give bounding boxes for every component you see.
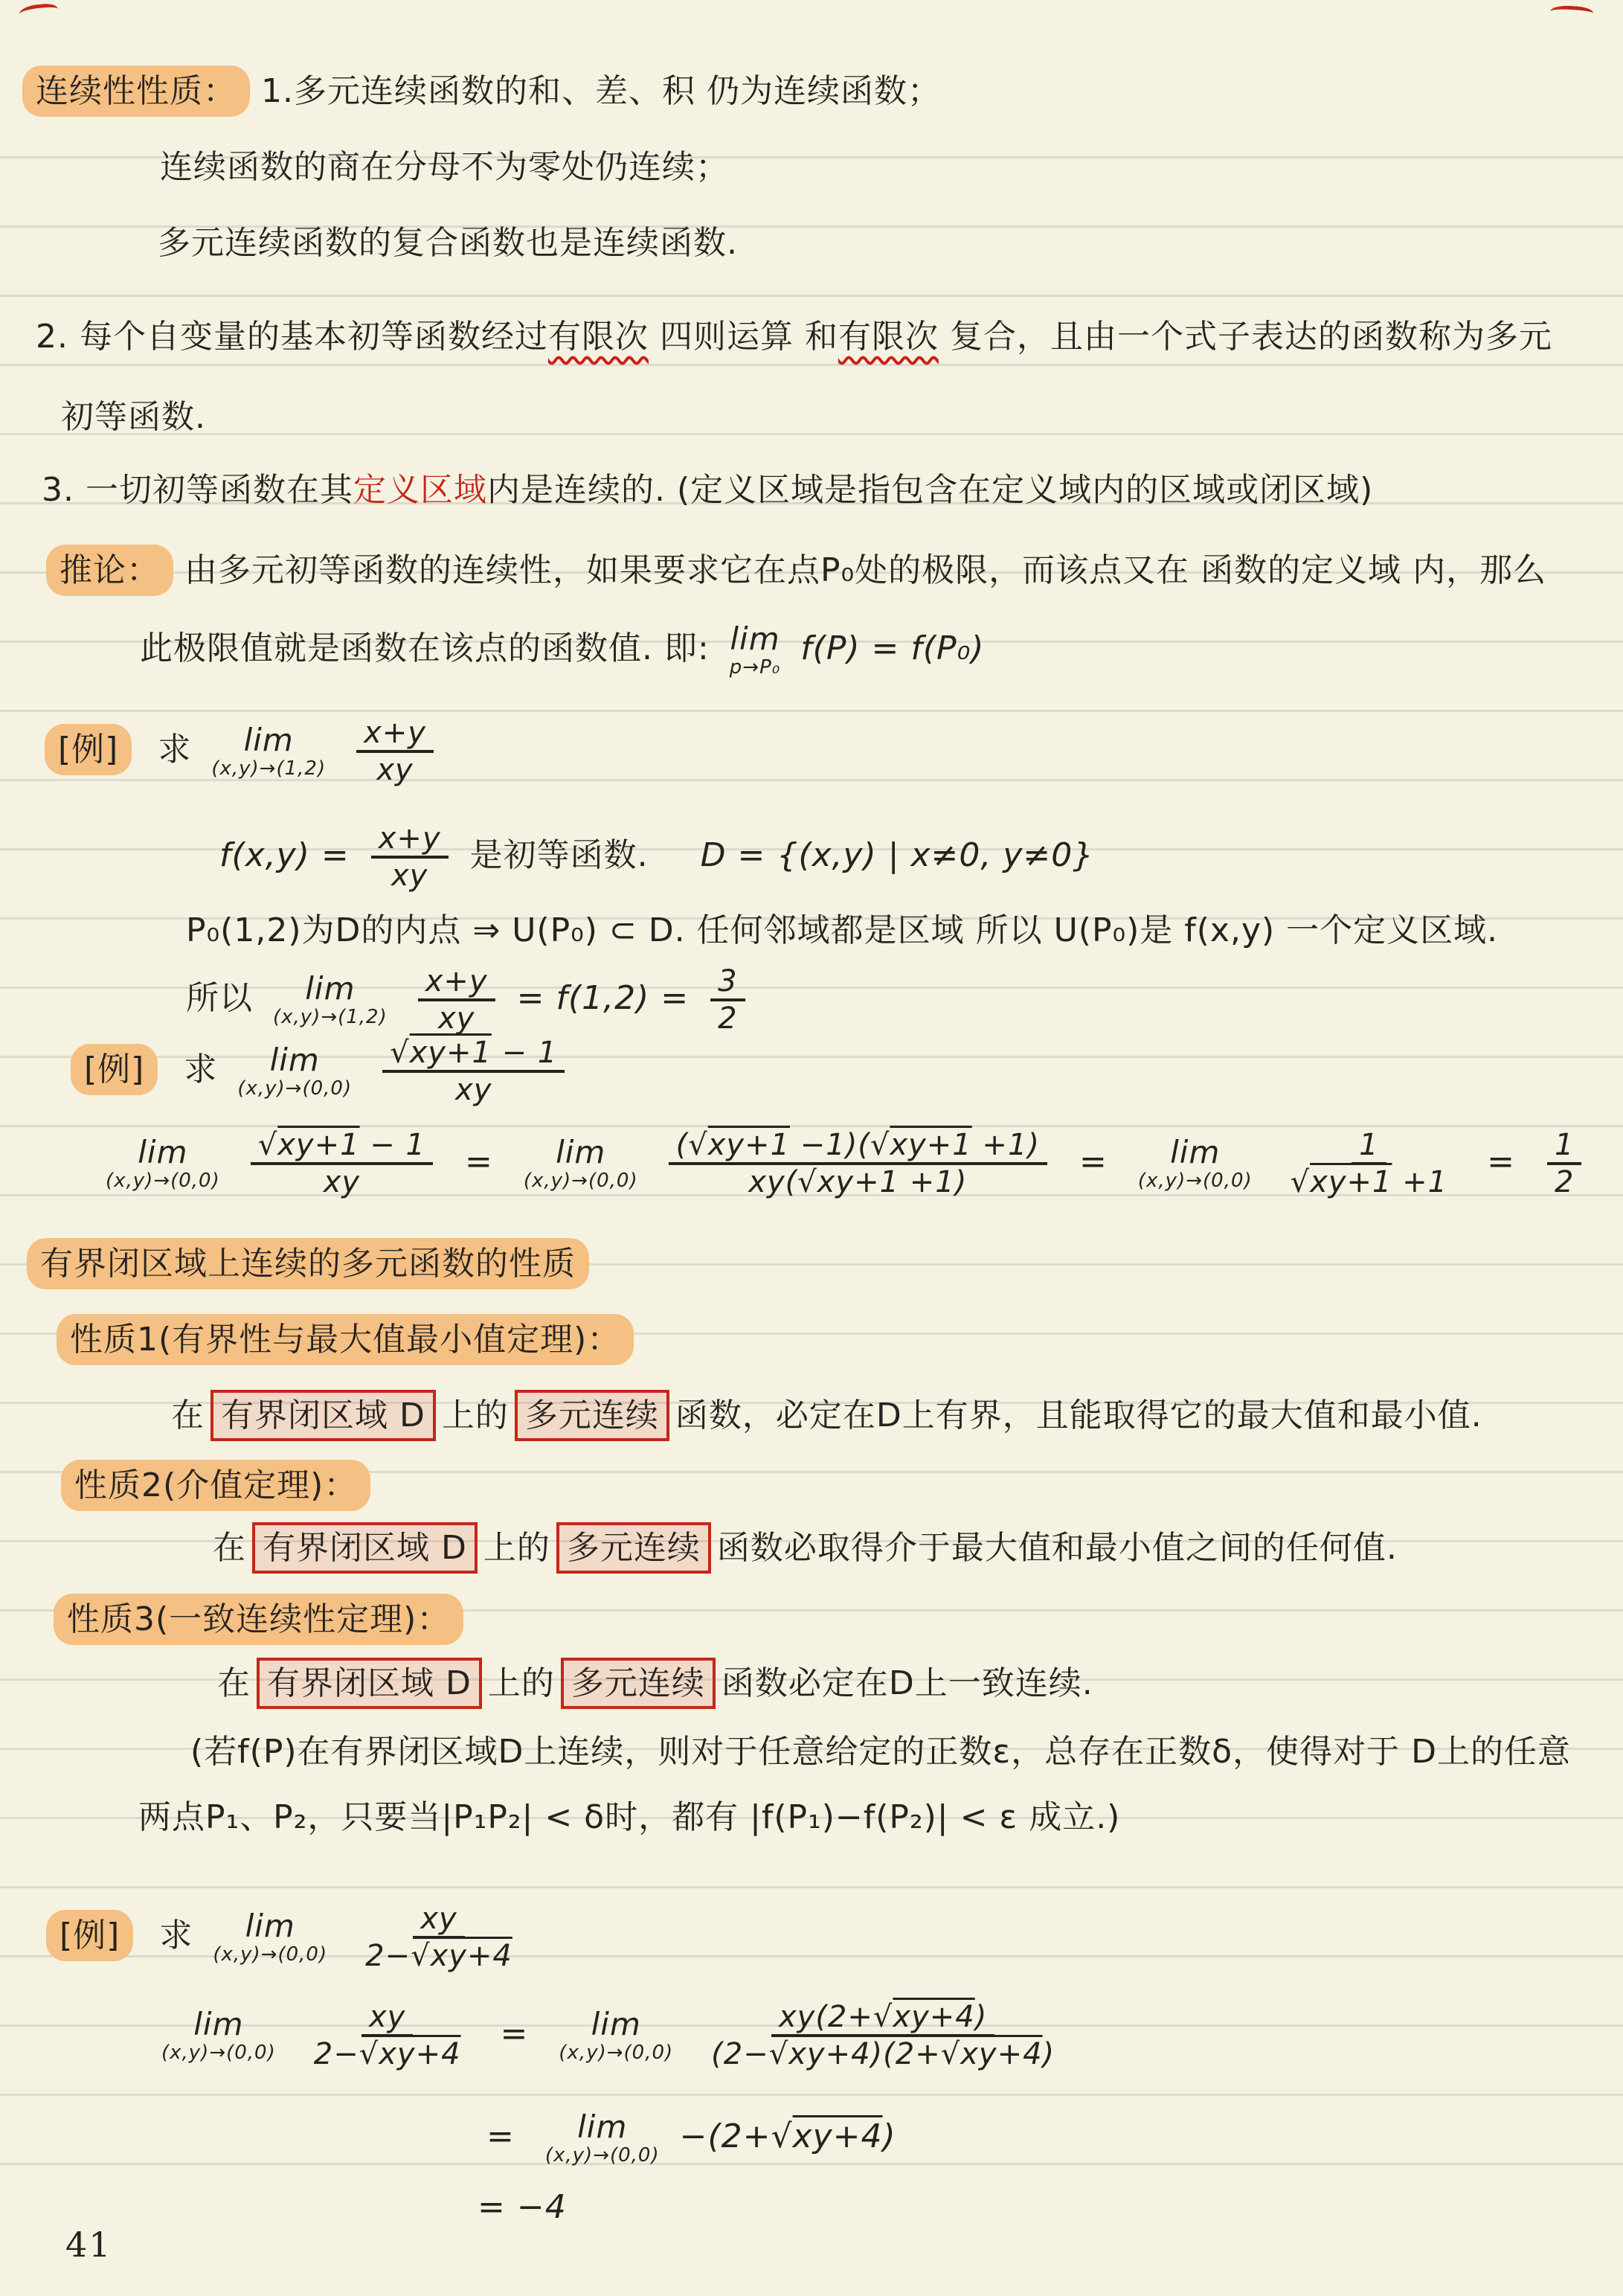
p1-text-b: 上的 — [442, 1396, 509, 1434]
uniform-continuity-note-line2: 两点P₁、P₂，只要当|P₁P₂| < δ时，都有 |f(P₁)−f(P₂)| … — [138, 1796, 1120, 1838]
ex1-elementary-note: 是初等函数. — [470, 836, 649, 874]
lim-subscript: (x,y)→(0,0) — [237, 1079, 352, 1098]
fraction-denominator: 2 — [710, 1001, 745, 1036]
fraction-numerator: xy — [361, 2000, 413, 2037]
item2-underlined-finite2: 有限次 — [838, 318, 939, 356]
den-part: +1 — [1392, 1165, 1447, 1199]
den-part: xy( — [748, 1165, 797, 1199]
lim-subscript: (x,y)→(0,0) — [213, 1945, 327, 1964]
fraction: 12 — [1547, 1128, 1581, 1199]
ex3-expression: −(2+√xy+4) — [680, 2117, 896, 2155]
p2-redbox-region: 有界闭区域 D — [252, 1522, 478, 1574]
fraction-numerator: 1 — [1547, 1128, 1581, 1165]
fraction-numerator: (√xy+1 −1)(√xy+1 +1) — [669, 1128, 1047, 1165]
item3-text-b: 内是连续的. (定义区域是指包含在定义域内的区域或闭区域) — [487, 471, 1373, 509]
fraction: (√xy+1 −1)(√xy+1 +1) xy(√xy+1 +1) — [669, 1128, 1047, 1199]
property2-heading: 性质2(介值定理)： — [61, 1460, 370, 1511]
fraction: xy 2−√xy+4 — [306, 2000, 469, 2071]
radicand: xy+1 — [890, 1128, 971, 1162]
den-part: 2− — [365, 1939, 411, 1973]
continuity-rule3: 多元连续函数的复合函数也是连续函数. — [158, 224, 738, 262]
den-part: (2− — [711, 2037, 769, 2071]
p1-redbox-continuous: 多元连续 — [515, 1390, 669, 1441]
fraction-denominator: 2−√xy+4 — [358, 1939, 520, 1973]
example3-label: [例] — [60, 1917, 120, 1955]
continuity-properties-line2: 连续函数的商在分母不为零处仍连续； — [160, 146, 729, 188]
fraction-denominator: xy — [384, 859, 435, 893]
lim-word: lim — [556, 1137, 605, 1168]
ex3-final-result: = −4 — [478, 2188, 567, 2226]
item2-text-b: 四则运算 和 — [649, 318, 838, 356]
fraction-numerator: √xy+1 − 1 — [382, 1036, 565, 1073]
limit-notation: limp→P₀ — [730, 623, 780, 677]
fraction-numerator: x+y — [356, 716, 434, 753]
num-part: ) — [975, 2000, 988, 2034]
fraction-numerator: xy(2+√xy+4) — [771, 2000, 994, 2037]
lim-subscript: (x,y)→(0,0) — [559, 2043, 673, 2062]
item2-text-c: 复合，且由一个式子表达的函数称为多元 — [939, 318, 1552, 356]
sqrt-sign: √ — [873, 2000, 893, 2034]
lim-subscript: (x,y)→(0,0) — [161, 2043, 276, 2062]
num-part: ( — [676, 1128, 689, 1162]
example3-task-word: 求 — [159, 1917, 193, 1955]
fraction-numerator: 1 — [1352, 1128, 1386, 1165]
corollary-line1: 推论： 由多元初等函数的连续性，如果要求它在点P₀处的极限，而该点又在 函数的定… — [46, 545, 1546, 596]
equals-sign: = — [486, 2117, 515, 2155]
lim-word: lim — [1170, 1137, 1220, 1168]
example2-label: [例] — [84, 1051, 144, 1088]
num-part: +1) — [972, 1128, 1040, 1162]
section2-title: 有界闭区域上连续的多元函数的性质 — [40, 1245, 576, 1283]
sqrt-sign: √ — [359, 2037, 379, 2071]
continuity-rule2: 连续函数的商在分母不为零处仍连续； — [160, 148, 729, 186]
p3-text-a: 在 — [217, 1664, 251, 1702]
limit-notation: lim(x,y)→(0,0) — [213, 1911, 327, 1964]
fraction-denominator: xy — [448, 1073, 499, 1107]
den-part: )(2+ — [871, 2037, 941, 2071]
property3-title: 性质3(一致连续性定理)： — [67, 1600, 450, 1638]
lim-word: lim — [138, 1137, 187, 1168]
limit-notation: lim(x,y)→(0,0) — [161, 2009, 276, 2062]
section2-title-line: 有界闭区域上连续的多元函数的性质 — [27, 1238, 589, 1289]
fraction-denominator: 2 — [1547, 1165, 1581, 1199]
lim-word: lim — [591, 2009, 641, 2040]
radicand: xy+1 — [708, 1128, 790, 1162]
fraction-denominator: xy — [316, 1165, 367, 1199]
fraction: √xy+1 − 1 xy — [251, 1128, 433, 1199]
property1-title: 性质1(有界性与最大值最小值定理)： — [70, 1321, 620, 1359]
example3-derivation-line2: = lim(x,y)→(0,0) −(2+√xy+4) — [476, 2111, 896, 2165]
p3-text-c: 函数必定在D上一致连续. — [721, 1664, 1093, 1702]
p3-text-b: 上的 — [488, 1664, 555, 1702]
equals-sign: = — [501, 2015, 529, 2053]
equals-sign: = — [1487, 1143, 1515, 1181]
example3-label-highlight: [例] — [46, 1910, 133, 1961]
example1-task-word: 求 — [158, 731, 191, 769]
example1-label: [例] — [58, 731, 118, 769]
example1-line2: f(x,y) = x+yxy 是初等函数. D = {(x,y) | x≠0, … — [219, 821, 1094, 893]
limit-notation: lim(x,y)→(0,0) — [559, 2009, 673, 2062]
lim-word: lim — [577, 2111, 627, 2143]
lim-subscript: (x,y)→(0,0) — [524, 1171, 638, 1190]
sqrt-sign: √ — [258, 1128, 278, 1162]
radicand: xy+4 — [379, 2037, 460, 2071]
den-part: +1) — [899, 1165, 967, 1199]
section2-title-highlight: 有界闭区域上连续的多元函数的性质 — [27, 1238, 589, 1289]
radicand: xy+1 — [817, 1165, 899, 1199]
limit-notation: lim(x,y)→(0,0) — [106, 1137, 220, 1190]
corollary-label-highlight: 推论： — [46, 545, 173, 596]
example3-result-line: = −4 — [478, 2186, 567, 2228]
lim-subscript: p→P₀ — [730, 658, 780, 677]
radicand: xy+4 — [793, 2117, 883, 2155]
fraction-denominator: (2−√xy+4)(2+√xy+4) — [704, 2037, 1062, 2071]
fraction-numerator: x+y — [371, 821, 449, 859]
p2-redbox-continuous: 多元连续 — [556, 1522, 711, 1574]
item3-line: 3. 一切初等函数在其定义区域内是连续的. (定义区域是指包含在定义域内的区域或… — [42, 469, 1373, 511]
example3-heading: [例] 求 lim(x,y)→(0,0) xy 2−√xy+4 — [46, 1902, 530, 1973]
fraction-denominator: xy — [431, 1001, 482, 1036]
fraction: xy 2−√xy+4 — [358, 1902, 520, 1973]
limit-notation: lim(x,y)→(1,2) — [273, 973, 388, 1027]
limit-notation: lim(x,y)→(0,0) — [1138, 1137, 1253, 1190]
continuity-properties-line1: 连续性性质： 1.多元连续函数的和、差、积 仍为连续函数； — [22, 65, 941, 117]
fraction-denominator: √xy+1 +1 — [1283, 1165, 1456, 1199]
example1-line4: 所以 lim(x,y)→(1,2) x+yxy = f(1,2) = 32 — [186, 964, 756, 1036]
example3-derivation-line1: lim(x,y)→(0,0) xy 2−√xy+4 = lim(x,y)→(0,… — [152, 2000, 1073, 2071]
lim-word: lim — [305, 973, 355, 1004]
sqrt-sign: √ — [941, 2037, 961, 2071]
red-edge-mark — [1549, 4, 1593, 22]
radicand: xy+1 — [277, 1128, 359, 1162]
property1-heading: 性质1(有界性与最大值最小值定理)： — [57, 1314, 634, 1365]
ex1-interior-point-note: P₀(1,2)为D的内点 ⇒ U(P₀) ⊂ D. 任何邻域都是区域 所以 U(… — [186, 911, 1498, 949]
property3-body: 在有界闭区域 D上的多元连续函数必定在D上一致连续. — [217, 1658, 1093, 1709]
fraction-numerator: xy — [413, 1902, 464, 1939]
lim-subscript: (x,y)→(1,2) — [273, 1007, 388, 1027]
property2-body: 在有界闭区域 D上的多元连续函数必取得介于最大值和最小值之间的任何值. — [213, 1522, 1398, 1574]
uniform-continuity-note-line1: (若f(P)在有界闭区域D上连续，则对于任意给定的正数ε，总存在正数δ，使得对于… — [190, 1731, 1571, 1773]
fraction: x+yxy — [371, 821, 449, 893]
example1-line3: P₀(1,2)为D的内点 ⇒ U(P₀) ⊂ D. 任何邻域都是区域 所以 U(… — [186, 909, 1498, 952]
item2-underlined-finite1: 有限次 — [548, 318, 649, 356]
lim-word: lim — [244, 725, 294, 756]
p3-redbox-region: 有界闭区域 D — [257, 1658, 482, 1709]
expr-part: ) — [883, 2117, 896, 2155]
sqrt-sign: √ — [688, 1128, 708, 1162]
corollary-text2: 此极限值就是函数在该点的函数值. 即: — [140, 629, 710, 667]
lim-subscript: (x,y)→(0,0) — [545, 2146, 660, 2165]
sqrt-sign: √ — [769, 2037, 789, 2071]
radicand: xy+4 — [960, 2037, 1042, 2071]
p2-text-c: 函数必取得介于最大值和最小值之间的任何值. — [717, 1529, 1398, 1567]
property3-heading: 性质3(一致连续性定理)： — [54, 1594, 463, 1645]
fraction-denominator: xy(√xy+1 +1) — [741, 1165, 974, 1199]
sqrt-sign: √ — [797, 1165, 817, 1199]
p3-redbox-continuous: 多元连续 — [561, 1658, 716, 1709]
lim-subscript: (x,y)→(0,0) — [106, 1171, 220, 1190]
fraction: x+yxy — [418, 964, 495, 1036]
corollary-line2: 此极限值就是函数在该点的函数值. 即: limp→P₀ f(P) = f(P₀) — [140, 623, 984, 677]
lim-word: lim — [270, 1045, 320, 1076]
example2-label-highlight: [例] — [71, 1044, 158, 1095]
equals-sign: = — [465, 1143, 493, 1181]
p2-text-a: 在 — [213, 1529, 246, 1567]
example2-task-word: 求 — [184, 1051, 217, 1088]
ex1-function-def: f(x,y) = — [219, 836, 350, 874]
num-part: xy(2+ — [779, 2000, 873, 2034]
radicand: xy+1 — [1310, 1165, 1392, 1199]
item2-text-d: 初等函数. — [61, 398, 206, 436]
numerator-tail: − 1 — [492, 1036, 557, 1070]
radicand: xy+4 — [431, 1939, 512, 1973]
radicand: xy+4 — [788, 2037, 870, 2071]
ex1-conclusion-word: 所以 — [186, 979, 253, 1017]
example2-derivation: lim(x,y)→(0,0) √xy+1 − 1 xy = lim(x,y)→(… — [97, 1128, 1592, 1199]
p2-text-b: 上的 — [483, 1529, 550, 1567]
sqrt-sign: √ — [390, 1036, 410, 1070]
ex1-domain: D = {(x,y) | x≠0, y≠0} — [701, 836, 1095, 874]
radicand: xy+1 — [410, 1036, 492, 1070]
p1-text-c: 函数，必定在D上有界，且能取得它的最大值和最小值. — [675, 1396, 1482, 1434]
ex1-result-equation: = f(1,2) = — [517, 979, 690, 1017]
equals-sign: = — [1079, 1143, 1108, 1181]
radicand: xy+4 — [893, 2000, 974, 2034]
fraction: 1 √xy+1 +1 — [1283, 1128, 1456, 1199]
lim-subscript: (x,y)→(0,0) — [1138, 1171, 1253, 1190]
lim-word: lim — [245, 1911, 295, 1942]
fraction: xy(2+√xy+4) (2−√xy+4)(2+√xy+4) — [704, 2000, 1062, 2071]
sqrt-sign: √ — [411, 1939, 431, 1973]
lim-word: lim — [193, 2009, 243, 2040]
note-text1: (若f(P)在有界闭区域D上连续，则对于任意给定的正数ε，总存在正数δ，使得对于… — [190, 1733, 1571, 1771]
fraction-numerator: √xy+1 − 1 — [251, 1128, 433, 1165]
page-number-value: 41 — [65, 2225, 112, 2265]
sqrt-sign: √ — [870, 1128, 890, 1162]
fraction-denominator: 2−√xy+4 — [306, 2037, 469, 2071]
property3-highlight: 性质3(一致连续性定理)： — [54, 1594, 463, 1645]
item2-line1: 2. 每个自变量的基本初等函数经过有限次 四则运算 和有限次 复合，且由一个式子… — [36, 315, 1552, 358]
expr-part: −(2+ — [680, 2117, 771, 2155]
page-number: 41 — [65, 2223, 112, 2268]
item3-red-term: 定义区域 — [353, 471, 487, 509]
note-text2: 两点P₁、P₂，只要当|P₁P₂| < δ时，都有 |f(P₁)−f(P₂)| … — [138, 1798, 1120, 1836]
example1-heading: [例] 求 lim(x,y)→(1,2) x+yxy — [45, 716, 444, 787]
red-edge-mark — [19, 2, 59, 22]
num-part: −1)( — [790, 1128, 870, 1162]
fraction-denominator: xy — [369, 753, 420, 787]
corollary-text1: 由多元初等函数的连续性，如果要求它在点P₀处的极限，而该点又在 函数的定义域 内… — [184, 551, 1546, 589]
continuity-rule1: 1.多元连续函数的和、差、积 仍为连续函数； — [261, 72, 941, 110]
continuity-properties-line3: 多元连续函数的复合函数也是连续函数. — [158, 222, 738, 264]
property1-body: 在有界闭区域 D上的多元连续函数，必定在D上有界，且能取得它的最大值和最小值. — [171, 1390, 1482, 1441]
p1-redbox-region: 有界闭区域 D — [210, 1390, 436, 1441]
fraction: 32 — [710, 964, 745, 1036]
den-part: ) — [1043, 2037, 1055, 2071]
fraction: x+yxy — [356, 716, 434, 787]
item3-text-a: 3. 一切初等函数在其 — [42, 471, 353, 509]
example1-label-highlight: [例] — [45, 724, 132, 775]
lim-word: lim — [730, 623, 780, 655]
sqrt-sign: √ — [1291, 1165, 1311, 1199]
numerator-tail: − 1 — [360, 1128, 425, 1162]
limit-notation: lim(x,y)→(0,0) — [237, 1045, 352, 1098]
lim-subscript: (x,y)→(1,2) — [211, 759, 326, 778]
item2-line2: 初等函数. — [61, 396, 206, 438]
limit-notation: lim(x,y)→(1,2) — [211, 725, 326, 778]
den-part: 2− — [314, 2037, 359, 2071]
continuity-label: 连续性性质： — [36, 72, 237, 110]
notebook-page: { "page": { "number": "41" }, "colors": … — [0, 0, 1623, 2296]
corollary-equation: f(P) = f(P₀) — [800, 629, 984, 667]
fraction-numerator: x+y — [418, 964, 495, 1001]
fraction-numerator: 3 — [710, 964, 745, 1001]
limit-notation: lim(x,y)→(0,0) — [524, 1137, 638, 1190]
property2-title: 性质2(介值定理)： — [74, 1466, 357, 1504]
limit-notation: lim(x,y)→(0,0) — [545, 2111, 660, 2165]
example2-heading: [例] 求 lim(x,y)→(0,0) √xy+1 − 1 xy — [71, 1036, 575, 1107]
sqrt-sign: √ — [771, 2117, 793, 2155]
continuity-label-highlight: 连续性性质： — [22, 65, 250, 117]
fraction: √xy+1 − 1 xy — [382, 1036, 565, 1107]
property1-highlight: 性质1(有界性与最大值最小值定理)： — [57, 1314, 634, 1365]
p1-text-a: 在 — [171, 1396, 205, 1434]
item2-text-a: 2. 每个自变量的基本初等函数经过 — [36, 318, 548, 356]
corollary-label: 推论： — [60, 551, 160, 589]
property2-highlight: 性质2(介值定理)： — [61, 1460, 370, 1511]
